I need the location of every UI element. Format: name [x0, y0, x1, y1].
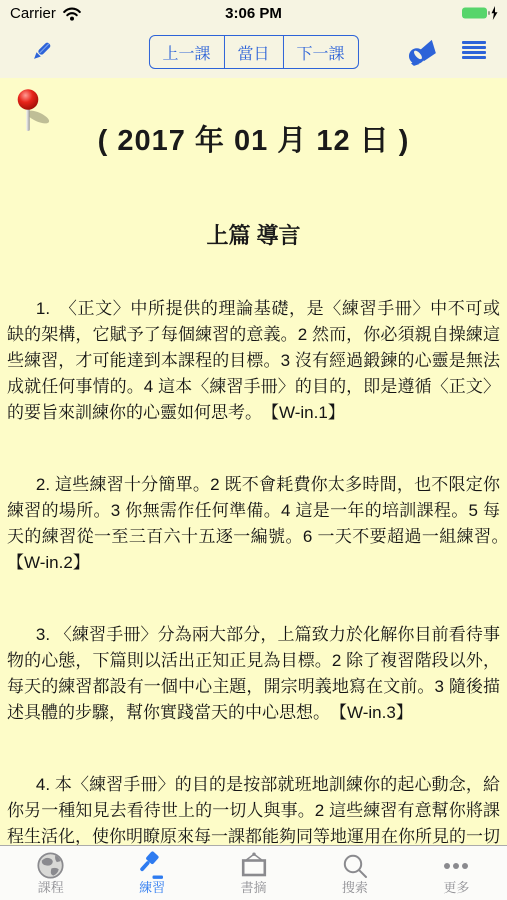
segment-previous-lesson[interactable]: 上一課 — [149, 36, 223, 68]
tab-search-label: 搜索 — [342, 881, 368, 895]
tab-notes[interactable]: 書摘 — [203, 846, 304, 900]
toolbar: 上一課 當日 下一課 — [0, 26, 507, 79]
tab-more-label: 更多 — [443, 881, 469, 895]
tab-more[interactable]: 更多 — [406, 846, 507, 900]
lesson-paragraphs: 1. 〈正文〉中所提供的理論基礎，是〈練習手冊〉中不可或缺的架構，它賦予了每個練… — [7, 296, 500, 845]
section-title: 上篇 導言 — [7, 219, 500, 250]
segment-today[interactable]: 當日 — [223, 36, 282, 68]
segment-next-label: 下一課 — [297, 41, 345, 64]
date-title: ( 2017 年 01 月 12 日 ) — [7, 118, 500, 159]
edit-pen-button[interactable] — [28, 38, 55, 70]
tab-practice[interactable]: 練習 — [101, 846, 202, 900]
lesson-content-scroll[interactable]: ( 2017 年 01 月 12 日 ) 上篇 導言 1. 〈正文〉中所提供的理… — [0, 78, 507, 845]
speaker-button[interactable] — [407, 37, 437, 72]
segment-previous-label: 上一課 — [162, 41, 210, 64]
globe-icon — [36, 850, 65, 881]
lesson-paragraph-3: 3. 〈練習手冊〉分為兩大部分，上篇致力於化解你目前看待事物的心態，下篇則以活出… — [7, 622, 500, 726]
clock-label: 3:06 PM — [225, 5, 282, 22]
ellipsis-icon — [441, 850, 471, 881]
gavel-icon — [137, 850, 167, 881]
tab-practice-label: 練習 — [139, 881, 165, 895]
tab-bar: 課程 練習 書摘 — [0, 845, 507, 900]
status-bar: Carrier 3:06 PM — [0, 0, 507, 26]
wifi-icon — [62, 6, 82, 21]
app-screen: Carrier 3:06 PM — [0, 0, 507, 900]
speaker-icon — [407, 54, 437, 71]
lesson-segmented-control: 上一課 當日 下一課 — [148, 35, 358, 69]
carrier-label: Carrier — [10, 5, 56, 22]
lesson-paragraph-1: 1. 〈正文〉中所提供的理論基礎，是〈練習手冊〉中不可或缺的架構，它賦予了每個練… — [7, 296, 500, 426]
menu-lines-icon — [461, 48, 487, 65]
lesson-paragraph-4: 4. 本〈練習手冊〉的目的是按部就班地訓練你的起心動念，給你另一種知見去看待世上… — [7, 772, 500, 845]
tab-notes-label: 書摘 — [241, 881, 267, 895]
lesson-paragraph-2: 2. 這些練習十分簡單。2 既不會耗費你太多時間，也不限定你練習的場所。3 你無… — [7, 472, 500, 576]
board-icon — [239, 850, 269, 881]
pushpin-icon — [12, 88, 52, 149]
segment-next-lesson[interactable]: 下一課 — [283, 36, 358, 68]
menu-button[interactable] — [461, 41, 487, 66]
tab-search[interactable]: 搜索 — [304, 846, 405, 900]
tab-courses[interactable]: 課程 — [0, 846, 101, 900]
search-icon — [341, 850, 369, 881]
segment-today-label: 當日 — [237, 41, 269, 64]
battery-charging-icon — [461, 6, 499, 20]
pen-icon — [28, 52, 55, 69]
tab-courses-label: 課程 — [38, 881, 64, 895]
